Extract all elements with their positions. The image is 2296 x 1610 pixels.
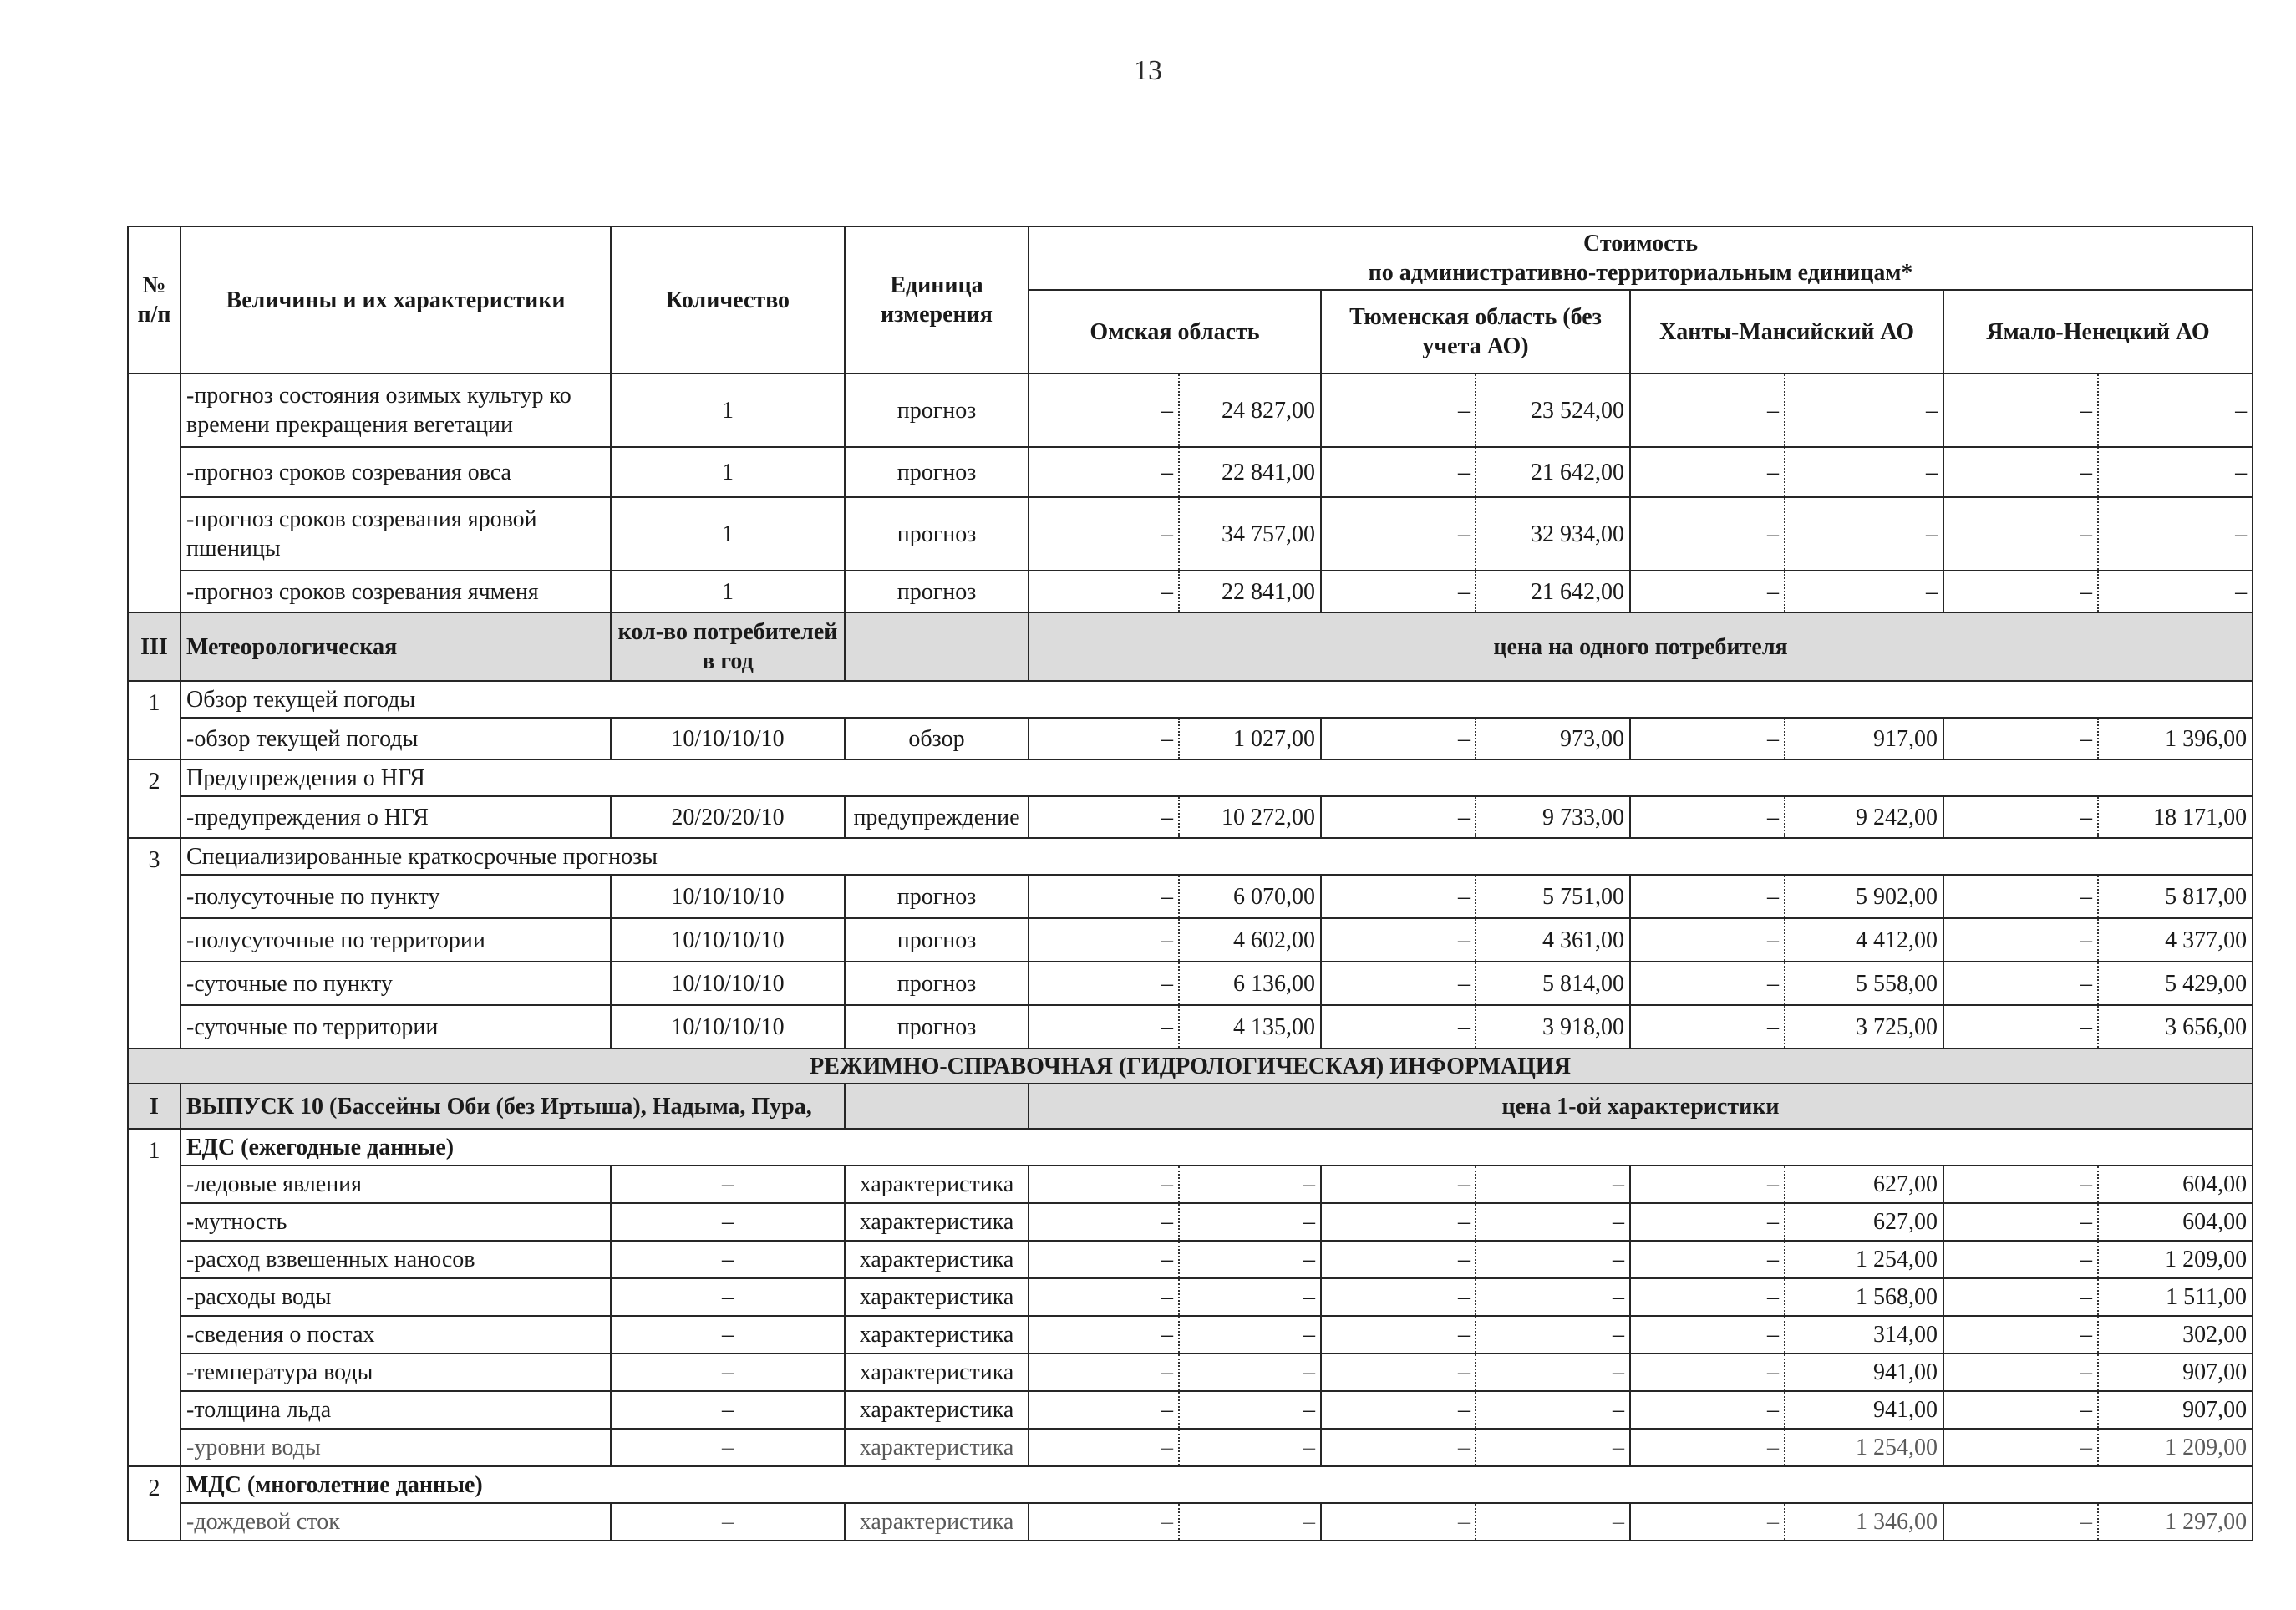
price-value-1: 5 751,00: [1476, 875, 1630, 918]
row-name: -прогноз сроков созревания овса: [180, 447, 611, 497]
price-dash-3: –: [1943, 1203, 2098, 1241]
row-name: -обзор текущей погоды: [180, 718, 611, 759]
section-price-header: цена на одного потребителя: [1029, 612, 2253, 681]
table-row: -прогноз сроков созревания яровой пшениц…: [128, 497, 2253, 571]
price-value-3: 1 209,00: [2098, 1241, 2253, 1278]
price-value-0: 10 272,00: [1179, 796, 1321, 838]
table-body: -прогноз состояния озимых культур ко вре…: [128, 373, 2253, 1541]
group-title: ЕДС (ежегодные данные): [180, 1129, 2253, 1166]
price-value-1: –: [1476, 1391, 1630, 1429]
section-header-hydro: РЕЖИМНО-СПРАВОЧНАЯ (ГИДРОЛОГИЧЕСКАЯ) ИНФ…: [128, 1049, 2253, 1084]
price-dash-0: –: [1029, 1503, 1179, 1541]
row-qty: –: [611, 1241, 845, 1278]
header-region-yanao: Ямало-Ненецкий АО: [1943, 290, 2253, 373]
price-value-0: 22 841,00: [1179, 447, 1321, 497]
price-dash-2: –: [1630, 373, 1785, 447]
price-value-3: –: [2098, 373, 2253, 447]
price-dash-0: –: [1029, 1203, 1179, 1241]
group-row: 3Специализированные краткосрочные прогно…: [128, 838, 2253, 875]
price-value-3: 4 377,00: [2098, 918, 2253, 962]
section-unit-empty: [845, 612, 1029, 681]
price-value-2: 941,00: [1785, 1354, 1943, 1391]
price-value-0: –: [1179, 1354, 1321, 1391]
price-dash-0: –: [1029, 796, 1179, 838]
table-row: -температура воды–характеристика–––––941…: [128, 1354, 2253, 1391]
price-value-0: –: [1179, 1278, 1321, 1316]
group-num: 2: [128, 759, 180, 838]
group-row: 1ЕДС (ежегодные данные): [128, 1129, 2253, 1166]
price-value-2: 941,00: [1785, 1391, 1943, 1429]
row-qty: 1: [611, 373, 845, 447]
price-value-3: 907,00: [2098, 1391, 2253, 1429]
price-value-0: 4 135,00: [1179, 1005, 1321, 1049]
price-dash-0: –: [1029, 718, 1179, 759]
row-qty: 10/10/10/10: [611, 962, 845, 1005]
price-value-0: 6 136,00: [1179, 962, 1321, 1005]
price-dash-2: –: [1630, 447, 1785, 497]
group-num: 3: [128, 838, 180, 1049]
header-cost-line2: по административно-территориальным едини…: [1034, 258, 2247, 287]
row-unit: обзор: [845, 718, 1029, 759]
price-dash-1: –: [1321, 373, 1476, 447]
row-unit: характеристика: [845, 1391, 1029, 1429]
section-title: Метеорологическая: [180, 612, 611, 681]
price-value-3: 604,00: [2098, 1203, 2253, 1241]
group-row: 2МДС (многолетние данные): [128, 1466, 2253, 1503]
group-num: 1: [128, 1129, 180, 1466]
price-dash-1: –: [1321, 1429, 1476, 1466]
price-dash-2: –: [1630, 1503, 1785, 1541]
price-dash-1: –: [1321, 1391, 1476, 1429]
row-unit: характеристика: [845, 1316, 1029, 1354]
row-unit: прогноз: [845, 447, 1029, 497]
price-dash-0: –: [1029, 497, 1179, 571]
table-row: -мутность–характеристика–––––627,00–604,…: [128, 1203, 2253, 1241]
price-dash-3: –: [1943, 1391, 2098, 1429]
price-value-1: –: [1476, 1241, 1630, 1278]
price-dash-0: –: [1029, 1316, 1179, 1354]
price-value-2: 1 254,00: [1785, 1429, 1943, 1466]
price-value-3: 5 817,00: [2098, 875, 2253, 918]
price-dash-0: –: [1029, 1166, 1179, 1203]
price-dash-1: –: [1321, 447, 1476, 497]
row-name: -сведения о постах: [180, 1316, 611, 1354]
row-qty: 1: [611, 571, 845, 612]
header-qty: Количество: [611, 226, 845, 373]
price-dash-1: –: [1321, 1354, 1476, 1391]
price-dash-2: –: [1630, 875, 1785, 918]
table-row: -толщина льда–характеристика–––––941,00–…: [128, 1391, 2253, 1429]
price-dash-3: –: [1943, 1316, 2098, 1354]
group-row: 1Обзор текущей погоды: [128, 681, 2253, 718]
header-unit: Единица измерения: [845, 226, 1029, 373]
table-row: -предупреждения о НГЯ20/20/20/10предупре…: [128, 796, 2253, 838]
row-unit: прогноз: [845, 875, 1029, 918]
row-qty: –: [611, 1391, 845, 1429]
row-name: -полусуточные по пункту: [180, 875, 611, 918]
price-value-3: 302,00: [2098, 1316, 2253, 1354]
price-dash-0: –: [1029, 571, 1179, 612]
price-dash-0: –: [1029, 1241, 1179, 1278]
price-dash-2: –: [1630, 962, 1785, 1005]
row-unit: прогноз: [845, 373, 1029, 447]
price-dash-0: –: [1029, 875, 1179, 918]
price-dash-3: –: [1943, 875, 2098, 918]
price-dash-1: –: [1321, 918, 1476, 962]
row-name: -суточные по территории: [180, 1005, 611, 1049]
price-value-3: 1 396,00: [2098, 718, 2253, 759]
row-qty: 1: [611, 497, 845, 571]
price-dash-0: –: [1029, 447, 1179, 497]
price-dash-1: –: [1321, 796, 1476, 838]
page-number: 13: [0, 55, 2296, 87]
row-qty: –: [611, 1166, 845, 1203]
price-value-0: –: [1179, 1503, 1321, 1541]
price-dash-2: –: [1630, 718, 1785, 759]
price-dash-1: –: [1321, 962, 1476, 1005]
price-dash-0: –: [1029, 1354, 1179, 1391]
release-header: IВЫПУСК 10 (Бассейны Оби (без Иртыша), Н…: [128, 1084, 2253, 1129]
row-qty: 10/10/10/10: [611, 918, 845, 962]
price-dash-1: –: [1321, 1005, 1476, 1049]
price-value-2: 627,00: [1785, 1166, 1943, 1203]
price-dash-3: –: [1943, 1005, 2098, 1049]
price-dash-2: –: [1630, 1429, 1785, 1466]
price-value-3: –: [2098, 447, 2253, 497]
price-dash-1: –: [1321, 1166, 1476, 1203]
table-row: -расходы воды–характеристика–––––1 568,0…: [128, 1278, 2253, 1316]
price-value-2: 1 346,00: [1785, 1503, 1943, 1541]
price-dash-1: –: [1321, 1203, 1476, 1241]
price-value-2: 9 242,00: [1785, 796, 1943, 838]
price-value-2: 4 412,00: [1785, 918, 1943, 962]
price-value-1: –: [1476, 1354, 1630, 1391]
price-value-0: –: [1179, 1429, 1321, 1466]
price-value-3: –: [2098, 497, 2253, 571]
price-value-0: 22 841,00: [1179, 571, 1321, 612]
price-dash-0: –: [1029, 1278, 1179, 1316]
price-dash-0: –: [1029, 962, 1179, 1005]
price-dash-3: –: [1943, 373, 2098, 447]
row-unit: предупреждение: [845, 796, 1029, 838]
table-row: -уровни воды–характеристика–––––1 254,00…: [128, 1429, 2253, 1466]
row-qty: –: [611, 1203, 845, 1241]
price-dash-3: –: [1943, 497, 2098, 571]
price-dash-2: –: [1630, 1203, 1785, 1241]
row-qty: –: [611, 1354, 845, 1391]
row-unit: характеристика: [845, 1278, 1029, 1316]
header-num: № п/п: [128, 226, 180, 373]
group-title: Предупреждения о НГЯ: [180, 759, 2253, 796]
row-qty: 10/10/10/10: [611, 1005, 845, 1049]
price-value-1: 973,00: [1476, 718, 1630, 759]
group-row: 2Предупреждения о НГЯ: [128, 759, 2253, 796]
price-dash-2: –: [1630, 571, 1785, 612]
price-value-0: –: [1179, 1166, 1321, 1203]
price-dash-0: –: [1029, 373, 1179, 447]
section-num: III: [128, 612, 180, 681]
price-value-2: 627,00: [1785, 1203, 1943, 1241]
header-cost-line1: Стоимость: [1034, 229, 2247, 258]
price-value-1: –: [1476, 1316, 1630, 1354]
price-dash-3: –: [1943, 1503, 2098, 1541]
price-value-2: 314,00: [1785, 1316, 1943, 1354]
price-dash-1: –: [1321, 875, 1476, 918]
group-num: 1: [128, 681, 180, 759]
table-row: -суточные по пункту10/10/10/10прогноз–6 …: [128, 962, 2253, 1005]
price-value-0: –: [1179, 1391, 1321, 1429]
row-name: -прогноз сроков созревания яровой пшениц…: [180, 497, 611, 571]
row-qty: –: [611, 1429, 845, 1466]
row-unit: прогноз: [845, 962, 1029, 1005]
row-unit: характеристика: [845, 1203, 1029, 1241]
group-num: 2: [128, 1466, 180, 1541]
price-dash-3: –: [1943, 571, 2098, 612]
header-cost: Стоимость по административно-территориал…: [1029, 226, 2253, 290]
row-name: -ледовые явления: [180, 1166, 611, 1203]
tariff-table: № п/п Величины и их характеристики Колич…: [127, 226, 2253, 1541]
release-num: I: [128, 1084, 180, 1129]
row-name: -расход взвешенных наносов: [180, 1241, 611, 1278]
price-dash-2: –: [1630, 1354, 1785, 1391]
table-row: -расход взвешенных наносов–характеристик…: [128, 1241, 2253, 1278]
row-qty: 10/10/10/10: [611, 718, 845, 759]
price-dash-3: –: [1943, 718, 2098, 759]
price-dash-0: –: [1029, 1429, 1179, 1466]
price-value-1: 9 733,00: [1476, 796, 1630, 838]
row-name: -толщина льда: [180, 1391, 611, 1429]
table-row: -прогноз сроков созревания овса1прогноз–…: [128, 447, 2253, 497]
price-dash-2: –: [1630, 1316, 1785, 1354]
table-row: -прогноз сроков созревания ячменя1прогно…: [128, 571, 2253, 612]
table-row: -суточные по территории10/10/10/10прогно…: [128, 1005, 2253, 1049]
price-dash-3: –: [1943, 918, 2098, 962]
price-dash-3: –: [1943, 1429, 2098, 1466]
header-region-tyumen: Тюменская область (без учета АО): [1321, 290, 1630, 373]
row-qty: 10/10/10/10: [611, 875, 845, 918]
price-dash-2: –: [1630, 796, 1785, 838]
price-value-3: 18 171,00: [2098, 796, 2253, 838]
price-dash-2: –: [1630, 1005, 1785, 1049]
table-row: -полусуточные по пункту10/10/10/10прогно…: [128, 875, 2253, 918]
row-unit: характеристика: [845, 1241, 1029, 1278]
price-value-0: 4 602,00: [1179, 918, 1321, 962]
row-unit: прогноз: [845, 1005, 1029, 1049]
row-name: -суточные по пункту: [180, 962, 611, 1005]
price-value-0: –: [1179, 1203, 1321, 1241]
price-dash-1: –: [1321, 1316, 1476, 1354]
release-unit-empty: [845, 1084, 1029, 1129]
price-dash-2: –: [1630, 918, 1785, 962]
section-header-meteo: IIIМетеорологическаякол-во потребителей …: [128, 612, 2253, 681]
price-value-1: –: [1476, 1203, 1630, 1241]
price-dash-2: –: [1630, 1391, 1785, 1429]
price-dash-2: –: [1630, 1241, 1785, 1278]
header-region-khmao: Ханты-Мансийский АО: [1630, 290, 1943, 373]
price-value-0: 24 827,00: [1179, 373, 1321, 447]
row-name: -расходы воды: [180, 1278, 611, 1316]
release-price-header: цена 1-ой характеристики: [1029, 1084, 2253, 1129]
price-value-2: 5 902,00: [1785, 875, 1943, 918]
row-qty: 1: [611, 447, 845, 497]
price-value-3: 1 511,00: [2098, 1278, 2253, 1316]
group-title: МДС (многолетние данные): [180, 1466, 2253, 1503]
price-dash-0: –: [1029, 918, 1179, 962]
price-value-3: –: [2098, 571, 2253, 612]
price-value-1: 5 814,00: [1476, 962, 1630, 1005]
table-row: -обзор текущей погоды10/10/10/10обзор–1 …: [128, 718, 2253, 759]
price-dash-1: –: [1321, 1503, 1476, 1541]
price-dash-3: –: [1943, 1241, 2098, 1278]
price-dash-1: –: [1321, 1278, 1476, 1316]
row-unit: характеристика: [845, 1429, 1029, 1466]
price-value-2: 5 558,00: [1785, 962, 1943, 1005]
row-name: -уровни воды: [180, 1429, 611, 1466]
price-dash-1: –: [1321, 1241, 1476, 1278]
table-row: -дождевой сток–характеристика–––––1 346,…: [128, 1503, 2253, 1541]
row-name: -температура воды: [180, 1354, 611, 1391]
row-qty: 20/20/20/10: [611, 796, 845, 838]
price-value-1: –: [1476, 1166, 1630, 1203]
table-row: -ледовые явления–характеристика–––––627,…: [128, 1166, 2253, 1203]
row-unit: характеристика: [845, 1354, 1029, 1391]
price-value-0: –: [1179, 1241, 1321, 1278]
price-dash-3: –: [1943, 447, 2098, 497]
release-title: ВЫПУСК 10 (Бассейны Оби (без Иртыша), На…: [180, 1084, 845, 1129]
price-value-0: –: [1179, 1316, 1321, 1354]
price-dash-1: –: [1321, 571, 1476, 612]
price-value-2: –: [1785, 447, 1943, 497]
row-num: [128, 373, 180, 612]
header-region-omsk: Омская область: [1029, 290, 1321, 373]
hydro-section-title: РЕЖИМНО-СПРАВОЧНАЯ (ГИДРОЛОГИЧЕСКАЯ) ИНФ…: [128, 1049, 2253, 1084]
price-value-1: –: [1476, 1429, 1630, 1466]
price-value-2: –: [1785, 373, 1943, 447]
row-qty: –: [611, 1316, 845, 1354]
price-value-1: –: [1476, 1278, 1630, 1316]
price-value-3: 5 429,00: [2098, 962, 2253, 1005]
row-unit: прогноз: [845, 497, 1029, 571]
price-dash-0: –: [1029, 1391, 1179, 1429]
price-value-3: 1 209,00: [2098, 1429, 2253, 1466]
price-value-1: 21 642,00: [1476, 447, 1630, 497]
table-row: -прогноз состояния озимых культур ко вре…: [128, 373, 2253, 447]
row-qty: –: [611, 1278, 845, 1316]
price-dash-2: –: [1630, 1278, 1785, 1316]
row-unit: прогноз: [845, 571, 1029, 612]
table-row: -сведения о постах–характеристика–––––31…: [128, 1316, 2253, 1354]
price-dash-3: –: [1943, 962, 2098, 1005]
row-name: -прогноз состояния озимых культур ко вре…: [180, 373, 611, 447]
price-value-1: 32 934,00: [1476, 497, 1630, 571]
section-qty-header: кол-во потребителей в год: [611, 612, 845, 681]
price-value-2: 3 725,00: [1785, 1005, 1943, 1049]
row-name: -дождевой сток: [180, 1503, 611, 1541]
price-value-3: 604,00: [2098, 1166, 2253, 1203]
price-dash-2: –: [1630, 497, 1785, 571]
row-qty: –: [611, 1503, 845, 1541]
row-unit: прогноз: [845, 918, 1029, 962]
price-value-0: 6 070,00: [1179, 875, 1321, 918]
row-unit: характеристика: [845, 1503, 1029, 1541]
price-dash-0: –: [1029, 1005, 1179, 1049]
header-name: Величины и их характеристики: [180, 226, 611, 373]
price-dash-1: –: [1321, 497, 1476, 571]
price-dash-3: –: [1943, 1278, 2098, 1316]
row-unit: характеристика: [845, 1166, 1029, 1203]
price-dash-1: –: [1321, 718, 1476, 759]
price-dash-3: –: [1943, 796, 2098, 838]
price-value-2: 917,00: [1785, 718, 1943, 759]
price-value-2: 1 568,00: [1785, 1278, 1943, 1316]
group-title: Обзор текущей погоды: [180, 681, 2253, 718]
price-value-2: –: [1785, 571, 1943, 612]
price-value-2: 1 254,00: [1785, 1241, 1943, 1278]
price-value-3: 3 656,00: [2098, 1005, 2253, 1049]
price-dash-3: –: [1943, 1354, 2098, 1391]
price-dash-2: –: [1630, 1166, 1785, 1203]
price-value-0: 34 757,00: [1179, 497, 1321, 571]
price-value-1: –: [1476, 1503, 1630, 1541]
price-value-3: 907,00: [2098, 1354, 2253, 1391]
price-dash-3: –: [1943, 1166, 2098, 1203]
row-name: -предупреждения о НГЯ: [180, 796, 611, 838]
row-name: -мутность: [180, 1203, 611, 1241]
price-value-3: 1 297,00: [2098, 1503, 2253, 1541]
row-name: -полусуточные по территории: [180, 918, 611, 962]
group-title: Специализированные краткосрочные прогноз…: [180, 838, 2253, 875]
price-value-0: 1 027,00: [1179, 718, 1321, 759]
price-value-1: 4 361,00: [1476, 918, 1630, 962]
price-value-1: 3 918,00: [1476, 1005, 1630, 1049]
row-name: -прогноз сроков созревания ячменя: [180, 571, 611, 612]
price-value-1: 21 642,00: [1476, 571, 1630, 612]
price-value-2: –: [1785, 497, 1943, 571]
table-row: -полусуточные по территории10/10/10/10пр…: [128, 918, 2253, 962]
price-value-1: 23 524,00: [1476, 373, 1630, 447]
